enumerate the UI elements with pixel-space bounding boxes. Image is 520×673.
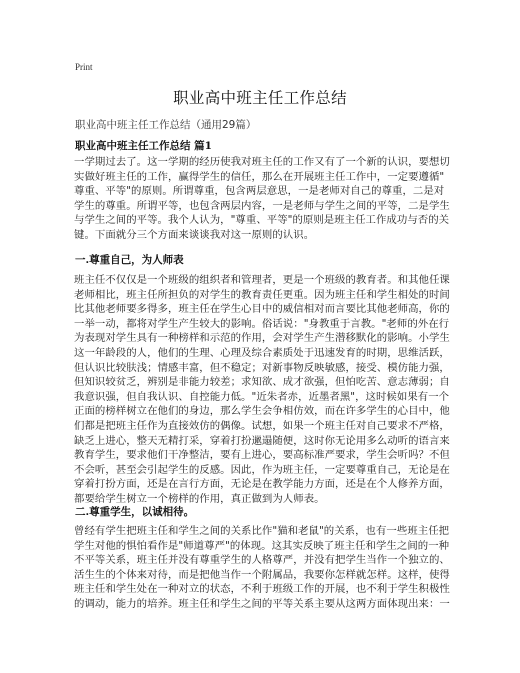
text-line: 比其他老师要多得多，班主任在学生心目中的威信相对而言要比其他老师高，你的 [74,302,446,317]
text-line: 曾经有学生把班主任和学生之间的关系比作"猫和老鼠"的关系，也有一些班主任把 [74,524,446,539]
text-line: 一学期过去了。这一学期的经历使我对班主任的工作又有了一个新的认识，要想切 [74,155,446,170]
document-page: Print 职业高中班主任工作总结 职业高中班主任工作总结（通用29篇） 职业高… [0,0,520,673]
text-line: 教育学生，要求他们干净整洁，要有上进心，要高标准严要求，学生会听吗？不但 [74,448,446,463]
text-line: 不会听，甚至会引起学生的反感。因此，作为班主任，一定要尊重自己，无论是在 [74,463,446,478]
text-line: 正面的榜样树立在他们的身边，那么学生会争相仿效，而在许多学生的心目中，他 [74,404,446,419]
section-1-heading: 一.尊重自己，为人师表 [75,252,184,267]
paragraph-1: 一学期过去了。这一学期的经历使我对班主任的工作又有了一个新的认识，要想切 实做好… [74,155,446,243]
text-line: 们都是把班主任作为直接效仿的偶像。试想，如果一个班主任对自己要求不严格， [74,419,446,434]
document-subtitle: 职业高中班主任工作总结（通用29篇） [75,117,256,132]
text-line: 老师相比，班主任所担负的对学生的教育责任更重。因为班主任和学生相处的时间 [74,288,446,303]
text-line: 的调动，能力的培养。班主任和学生之间的平等关系主要从这两方面体现出来：一 [74,597,446,612]
text-line: 班主任和学生处在一种对立的状态，不利于班级工作的开展，也不利于学生积极性 [74,582,446,597]
text-line: 与学生之间的平等。我个人认为，"尊重、平等"的原则是班主任工作成功与否的关 [74,213,446,228]
text-line: 但认识比较肤浅；情感丰富，但不稳定；对新事物反映敏感，接受、模仿能力强， [74,361,446,376]
text-line: 穿着打扮方面，还是在言行方面，无论是在教学能力方面，还是在个人修养方面， [74,477,446,492]
text-line: 班主任不仅仅是一个班级的组织者和管理者，更是一个班级的教育者。和其他任课 [74,273,446,288]
paragraph-3: 曾经有学生把班主任和学生之间的关系比作"猫和老鼠"的关系，也有一些班主任把 学生… [74,524,446,612]
text-line: 学生对他的惧怕看作是"师道尊严"的体现。这其实反映了班主任和学生之间的一种 [74,539,446,554]
text-line: 键。下面就分三个方面来谈谈我对这一原则的认识。 [74,228,446,243]
text-line: 这一年龄段的人，他们的生理、心理及综合素质处于迅速发育的时期，思维活跃， [74,346,446,361]
text-line: 学生的尊重。所谓平等，也包含两层内容，一是老师与学生之间的平等，二是学生 [74,199,446,214]
paragraph-2: 班主任不仅仅是一个班级的组织者和管理者，更是一个班级的教育者。和其他任课 老师相… [74,273,446,507]
article-heading: 职业高中班主任工作总结 篇1 [75,138,212,153]
page-title: 职业高中班主任工作总结 [0,86,520,108]
text-line: 缺乏上进心，整天无精打采，穿着打扮邋遢随便，这时你无论用多么动听的语言来 [74,434,446,449]
text-line: 但知识较贫乏，辨别是非能力较差；求知欲、成才欲强，但怕吃苦、意志薄弱；自 [74,375,446,390]
section-2-heading: 二.尊重学生，以诚相待。 [75,504,194,519]
print-link[interactable]: Print [75,62,93,72]
text-line: 尊重、平等"的原则。所谓尊重，包含两层意思，一是老师对自己的尊重，二是对 [74,184,446,199]
text-line: 一举一动，都将对学生产生较大的影响。俗话说："身教重于言教。"老师的外在行 [74,317,446,332]
text-line: 不平等关系，班主任并没有尊重学生的人格尊严，并没有把学生当作一个独立的、 [74,553,446,568]
text-line: 活生生的个体来对待，而是把他当作一个附属品，我要你怎样就怎样。这样，使得 [74,568,446,583]
text-line: 为表现对学生具有一种榜样和示范的作用，会对学生产生潜移默化的影响。小学生 [74,331,446,346]
text-line: 实做好班主任的工作，赢得学生的信任，那么在开展班主任工作中，一定要遵循" [74,170,446,185]
text-line: 我意识强，但自我认识、自控能力低。"近朱者赤，近墨者黑"，这时候如果有一个 [74,390,446,405]
